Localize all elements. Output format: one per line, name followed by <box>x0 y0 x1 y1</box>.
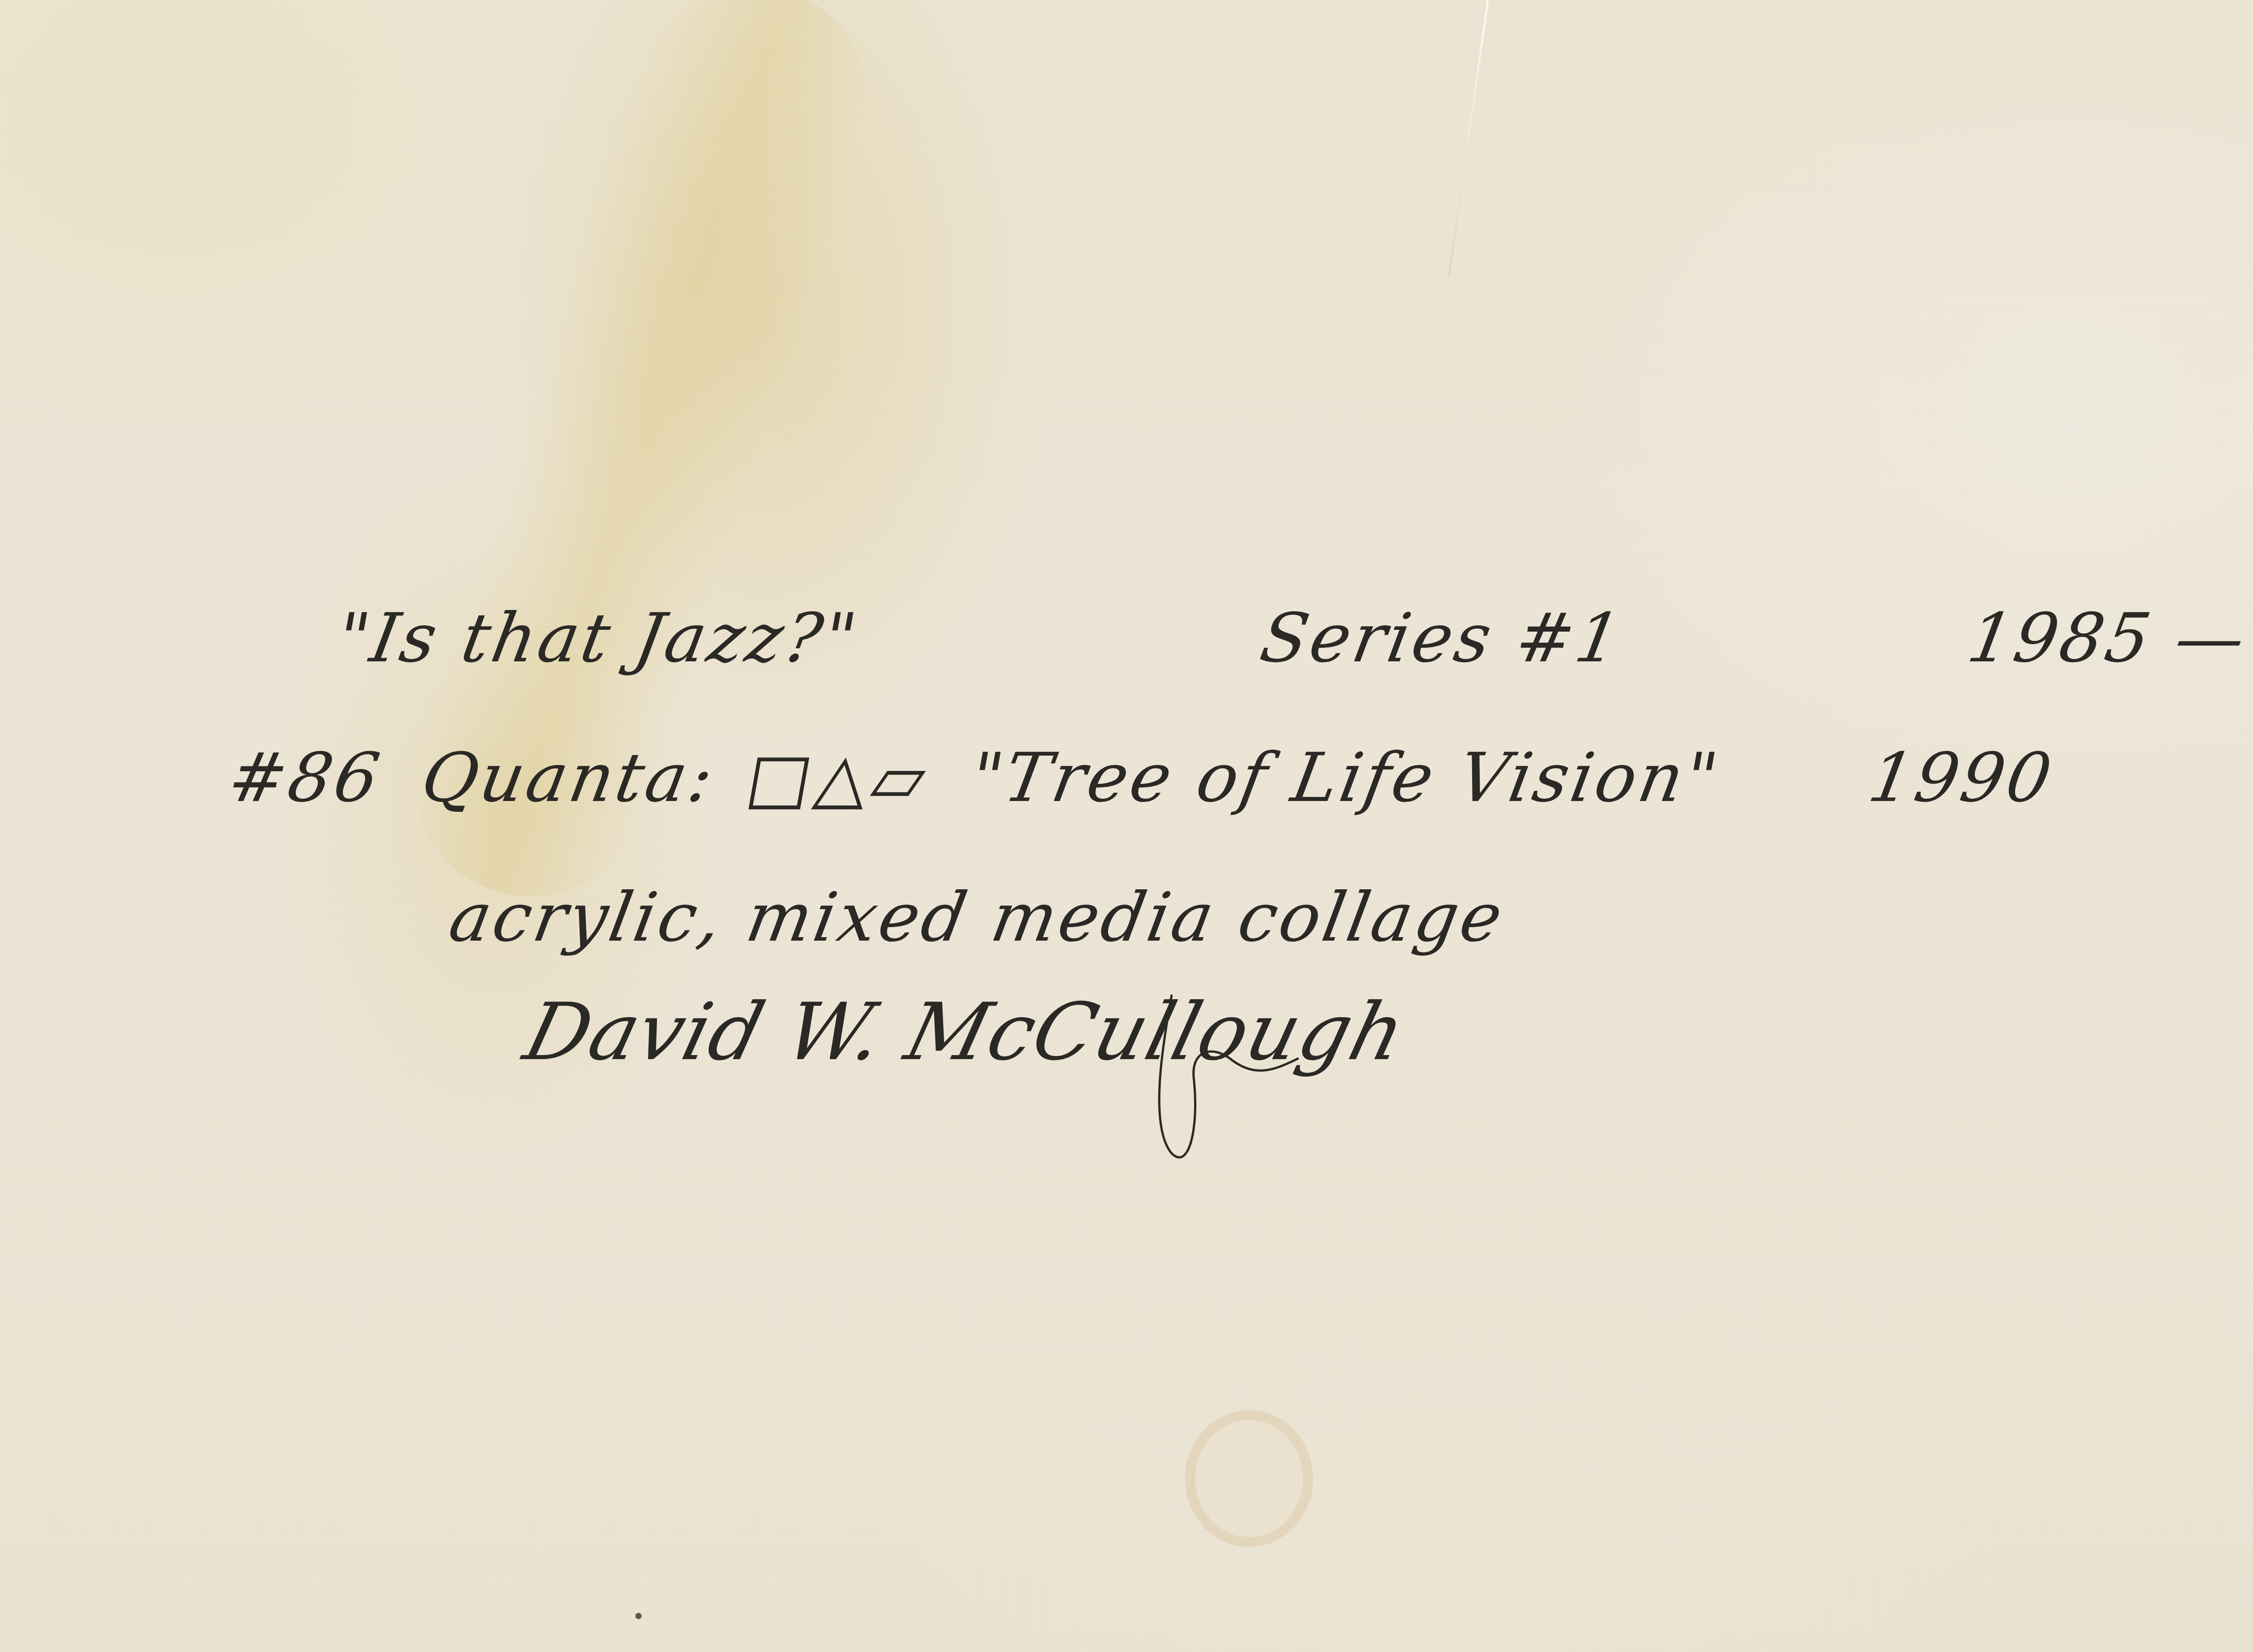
signature-flourish <box>1154 991 1388 1171</box>
medium-text: acrylic, mixed media collage <box>444 878 1511 957</box>
series-label: Series #1 <box>1255 599 1629 678</box>
work-subtitle: "Tree of Life Vision" <box>965 739 1726 817</box>
inscription-line-medium: acrylic, mixed media collage <box>444 878 1511 957</box>
artwork-title: "Is that Jazz?" <box>331 599 865 678</box>
work-number: #86 <box>223 739 388 817</box>
series-name: Quanta: <box>416 739 722 817</box>
completion-year: 1990 <box>1863 739 2060 817</box>
start-year: 1985 — <box>1962 599 2253 678</box>
inscription-line-subtitle: #86 Quanta: □△▱ "Tree of Life Vision" 19… <box>223 739 1726 817</box>
geometric-symbols: □△▱ <box>741 739 936 817</box>
inscription-line-title: "Is that Jazz?" Series #1 1985 — <box>331 599 865 678</box>
handwritten-inscription: "Is that Jazz?" Series #1 1985 — #86 Qua… <box>0 0 2253 1652</box>
